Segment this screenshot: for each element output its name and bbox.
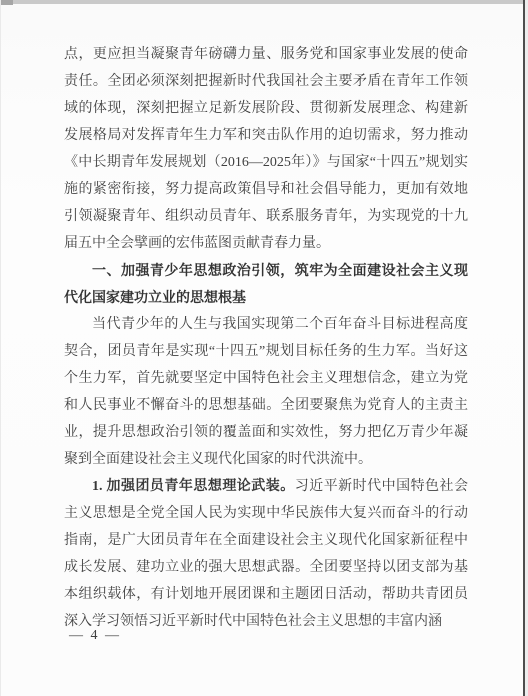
scan-artifact-left-edge [0, 0, 1, 696]
document-page: 点，更应担当凝聚青年磅礴力量、服务党和国家事业发展的使命责任。全团必须深刻把握新… [0, 0, 528, 696]
document-content: 点，更应担当凝聚青年磅礴力量、服务党和国家事业发展的使命责任。全团必须深刻把握新… [64, 41, 468, 649]
paragraph-body-1: 当代青少年的人生与我国实现第二个百年奋斗目标进程高度契合，团员青年是实现“十四五… [64, 311, 468, 473]
paragraph-continuation: 点，更应担当凝聚青年磅礴力量、服务党和国家事业发展的使命责任。全团必须深刻把握新… [64, 41, 468, 257]
scan-artifact-top-corner [0, 0, 13, 5]
paragraph-point-1: 1. 加强团员青年思想理论武装。习近平新时代中国特色社会主义思想是全党全国人民为… [64, 473, 468, 635]
point-1-body-text: 习近平新时代中国特色社会主义思想是全党全国人民为实现中华民族伟大复兴而奋斗的行动… [64, 479, 468, 629]
scan-artifact-top-band [0, 0, 528, 4]
section-heading: 一、加强青少年思想政治引领，筑牢为全面建设社会主义现代化国家建功立业的思想根基 [64, 257, 468, 311]
point-1-lead-label: 1. 加强团员青年思想理论武装。 [92, 479, 295, 494]
